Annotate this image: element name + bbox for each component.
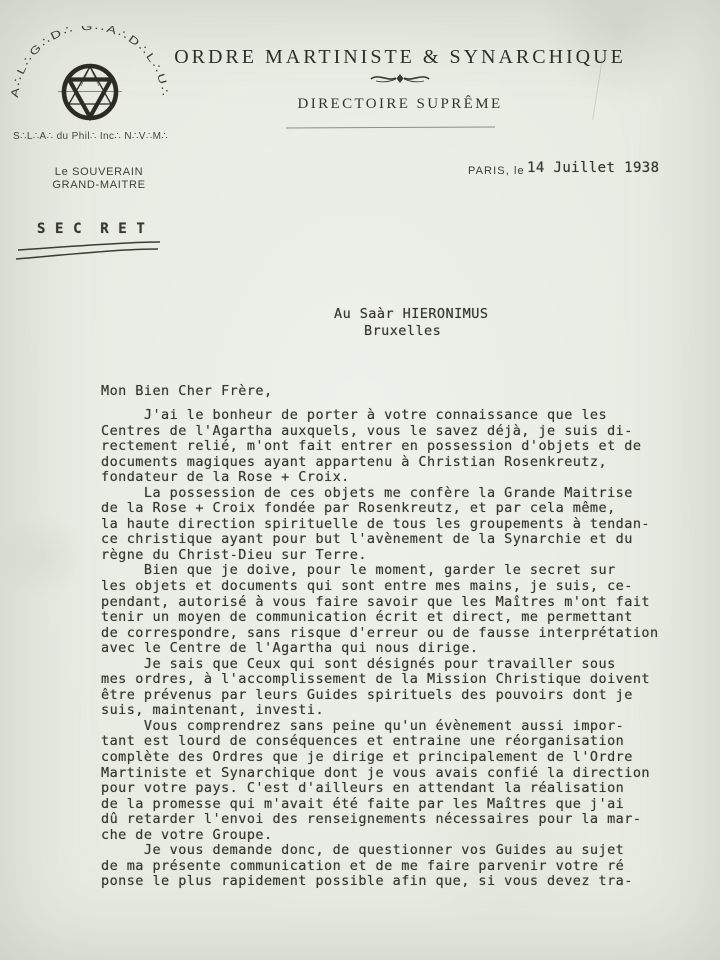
sender-role-line1: Le SOUVERAIN [40, 166, 158, 179]
body-line: tant est lourd de conséquences et entrai… [101, 734, 676, 750]
classification-stamp: S E C R E T [37, 221, 145, 237]
body-line: ce christique ayant pour but l'avènement… [101, 532, 676, 548]
body-line: Je vous demande donc, de questionner vos… [101, 843, 676, 859]
body-line: che de votre Groupe. [101, 828, 676, 844]
body-line: fondateur de la Rose + Croix. [101, 470, 676, 486]
body-line: avec le Centre de l'Agartha qui nous dir… [101, 641, 676, 657]
dateline-place: PARIS, le [468, 165, 525, 177]
body-line: pour votre pays. C'est d'ailleurs en att… [101, 781, 676, 797]
body-line: règne du Christ-Dieu sur Terre. [101, 548, 676, 564]
body-line: rectement relié, m'ont fait entrer en po… [101, 439, 676, 455]
body-line: de la Rose + Croix fondée par Rosenkreut… [101, 501, 676, 517]
seal-subtext: S∴L∴A∴ du Phil∴ Inc∴ N∴V∴M∴ [13, 131, 168, 142]
body-line: La possession de ces objets me confère l… [101, 486, 676, 502]
body-line: mes ordres, à l'accomplissement de la Mi… [101, 672, 676, 688]
sender-role: Le SOUVERAIN GRAND-MAITRE [40, 166, 158, 192]
body-line: Bien que je doive, pour le moment, garde… [101, 563, 676, 579]
letter-page: A∴L∴G∴D∴ G∴A∴D∴L∴U∴ S∴L∴A∴ du Phil∴ Inc∴… [0, 0, 720, 960]
classification-underline [8, 238, 173, 264]
body-line: documents magiques ayant appartenu à Chr… [101, 455, 676, 471]
header-ornament-icon [368, 72, 432, 85]
recipient-name: Au Saàr HIERONIMUS [334, 306, 488, 322]
dateline-date: 14 Juillet 1938 [527, 160, 659, 176]
body-line: de ma présente communication et de me fa… [101, 859, 676, 875]
body-line: complète des Ordres que je dirige et pri… [101, 750, 676, 766]
body-line: ponse le plus rapidement possible afin q… [101, 874, 676, 890]
salutation: Mon Bien Cher Frère, [101, 383, 273, 399]
body-line: Je sais que Ceux qui sont désignés pour … [101, 657, 676, 673]
letter-body: J'ai le bonheur de porter à votre connai… [101, 408, 676, 890]
body-line: les objets et documents qui sont entre m… [101, 579, 676, 595]
body-line: tenir un moyen de communication écrit et… [101, 610, 676, 626]
org-subtitle: DIRECTOIRE SUPRÊME [40, 96, 720, 113]
body-line: J'ai le bonheur de porter à votre connai… [101, 408, 676, 424]
body-line: être prévenus par leurs Guides spirituel… [101, 688, 676, 704]
body-line: suis, maintenant, investi. [101, 703, 676, 719]
body-line: dû retarder l'envoi des renseignements n… [101, 812, 676, 828]
recipient-city: Bruxelles [364, 323, 441, 339]
subtitle-rule [286, 127, 495, 129]
body-line: Martiniste et Synarchique dont je vous a… [101, 766, 676, 782]
body-line: de la promesse qui m'avait été faite par… [101, 797, 676, 813]
body-line: de correspondre, sans risque d'erreur ou… [101, 626, 676, 642]
org-name: ORDRE MARTINISTE & SYNARCHIQUE [40, 46, 720, 69]
body-line: Centres de l'Agartha auxquels, vous le s… [101, 424, 676, 440]
body-line: pendant, autorisé à vous faire savoir qu… [101, 595, 676, 611]
sender-role-line2: GRAND-MAITRE [40, 179, 158, 192]
